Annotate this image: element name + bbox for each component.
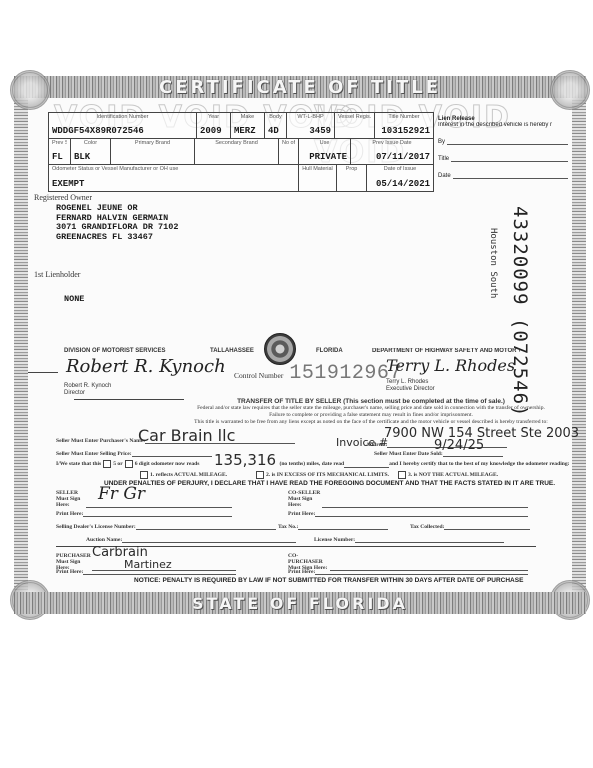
director-signature: Robert R. Kynoch: [66, 356, 226, 377]
make-value: MERZ: [234, 126, 261, 136]
ornament-icon: [10, 70, 50, 110]
lien-by-line[interactable]: [447, 138, 568, 145]
lien-date-line[interactable]: [453, 172, 568, 179]
mileage-option-2[interactable]: 2. is IN EXCESS OF ITS MECHANICAL LIMITS…: [254, 471, 389, 479]
footer-title: STATE OF FLORIDA: [192, 594, 408, 613]
title-number-field: Title Number 103152921: [375, 113, 433, 138]
lienholder-value: NONE: [64, 294, 84, 304]
right-border: [572, 76, 586, 614]
five-digit-checkbox[interactable]: [103, 460, 111, 468]
weight-value: 3459: [290, 126, 331, 136]
stamp-location: Houston South: [488, 228, 498, 298]
vin-field: Identification Number WDDGF54X89R072546: [49, 113, 197, 138]
hull-field: Hull Material: [299, 165, 337, 191]
odometer-reading-value: 135,316: [214, 451, 276, 469]
actual-mileage-checkbox[interactable]: [140, 471, 148, 479]
title-number-value: 103152921: [378, 126, 430, 136]
lienholder-label: 1st Lienholder: [34, 270, 80, 279]
prev-issue-date-field: Prev Issue Date 07/11/2017: [351, 139, 433, 164]
lien-release-box: Lien Release Interest in the described v…: [438, 116, 568, 179]
dealer-license-field[interactable]: Selling Dealer's License Number:: [56, 522, 276, 530]
vessel-field: Vessel Regis. No.: [335, 113, 375, 138]
lien-title-line[interactable]: [451, 155, 568, 162]
body-value: 4D: [268, 126, 283, 136]
not-actual-mileage-checkbox[interactable]: [398, 471, 406, 479]
department-label: DEPARTMENT OF HIGHWAY SAFETY AND MOTOR V…: [372, 348, 520, 354]
odometer-statement: I/We state that this 5 or 6 digit odomet…: [56, 460, 570, 468]
control-number: Control Number 151912967: [234, 362, 402, 385]
year-value: 2009: [200, 126, 227, 136]
registered-owner-label: Registered Owner: [34, 193, 92, 202]
prev-state-field: Prev State FL: [49, 139, 71, 164]
mileage-option-3[interactable]: 3. is NOT THE ACTUAL MILEAGE.: [396, 471, 498, 479]
prop-field: Prop: [337, 165, 367, 191]
state-label: FLORIDA: [316, 348, 343, 354]
ornament-icon: [550, 70, 590, 110]
title-banner: CERTIFICATE OF TITLE: [14, 76, 586, 98]
year-field: Year 2009: [197, 113, 231, 138]
executive-signature: Terry L. Rhodes: [386, 356, 515, 375]
city-label: TALLAHASSEE: [210, 348, 254, 354]
transfer-section: TRANSFER OF TITLE BY SELLER (This sectio…: [48, 398, 564, 426]
seller-signature-value: Fr Gr: [98, 484, 145, 504]
six-digit-checkbox[interactable]: [125, 460, 133, 468]
issue-date-field: Date of Issue 05/14/2021: [367, 165, 433, 191]
primary-brand-field: Primary Brand: [111, 139, 195, 164]
vehicle-info-grid: Identification Number WDDGF54X89R072546 …: [48, 112, 434, 192]
seller-print-field[interactable]: Print Here:: [56, 509, 232, 517]
use-field: Use PRIVATE: [299, 139, 351, 164]
make-field: Make MERZ: [231, 113, 265, 138]
tax-number-field[interactable]: Tax No.:: [278, 522, 388, 530]
date-sold-value: 9/24/25: [434, 438, 484, 453]
secondary-brand-field: Secondary Brand: [195, 139, 279, 164]
co-purchaser-print-field[interactable]: Print Here:: [288, 567, 528, 575]
registered-owner: ROGENEL JEUNE OR FERNARD HALVIN GERMAIN …: [56, 204, 178, 242]
footer-banner: STATE OF FLORIDA: [14, 592, 586, 614]
odometer-field: Odometer Status or Vessel Manufacturer o…: [49, 165, 299, 191]
selling-price-field[interactable]: Seller Must Enter Selling Price:: [56, 449, 212, 457]
co-seller-signature-field[interactable]: CO-SELLER Must Sign Here:: [288, 490, 528, 508]
left-border: [14, 76, 28, 614]
transfer-title: TRANSFER OF TITLE BY SELLER (This sectio…: [178, 398, 564, 405]
stamp-number: 43320099 (072546): [509, 206, 531, 417]
excess-mileage-checkbox[interactable]: [256, 471, 264, 479]
mileage-option-1[interactable]: 1. reflects ACTUAL MILEAGE.: [138, 471, 227, 479]
florida-seal-icon: [264, 333, 296, 365]
co-seller-print-field[interactable]: Print Here:: [288, 509, 528, 517]
document-title: CERTIFICATE OF TITLE: [159, 77, 441, 98]
penalty-notice: NOTICE: PENALTY IS REQUIRED BY LAW IF NO…: [134, 577, 523, 584]
num-brands-field: No of Brands: [279, 139, 299, 164]
license-number-field[interactable]: License Number:: [314, 535, 504, 543]
certificate-of-title: CERTIFICATE OF TITLE VOID VOID VOID VOID…: [14, 76, 586, 614]
purchaser-print-value: Martinez: [124, 558, 172, 571]
purchaser-name-value: Car Brain llc: [138, 426, 235, 445]
executive-name: Terry L. Rhodes Executive Director: [386, 379, 435, 393]
division-label: DIVISION OF MOTORIST SERVICES: [64, 348, 165, 354]
body-field: Body 4D: [265, 113, 287, 138]
tax-collected-field[interactable]: Tax Collected:: [410, 522, 530, 530]
weight-field: WT-L-BHP 3459: [287, 113, 335, 138]
auction-name-field[interactable]: Auction Name:: [86, 535, 296, 543]
color-field: Color BLK: [71, 139, 111, 164]
vin-value: WDDGF54X89R072546: [52, 126, 193, 136]
perjury-statement: UNDER PENALTIES OF PERJURY, I DECLARE TH…: [104, 480, 555, 487]
director-name: Robert R. Kynoch Director: [64, 383, 111, 397]
date-sold-extra: Invoice #: [336, 436, 388, 449]
